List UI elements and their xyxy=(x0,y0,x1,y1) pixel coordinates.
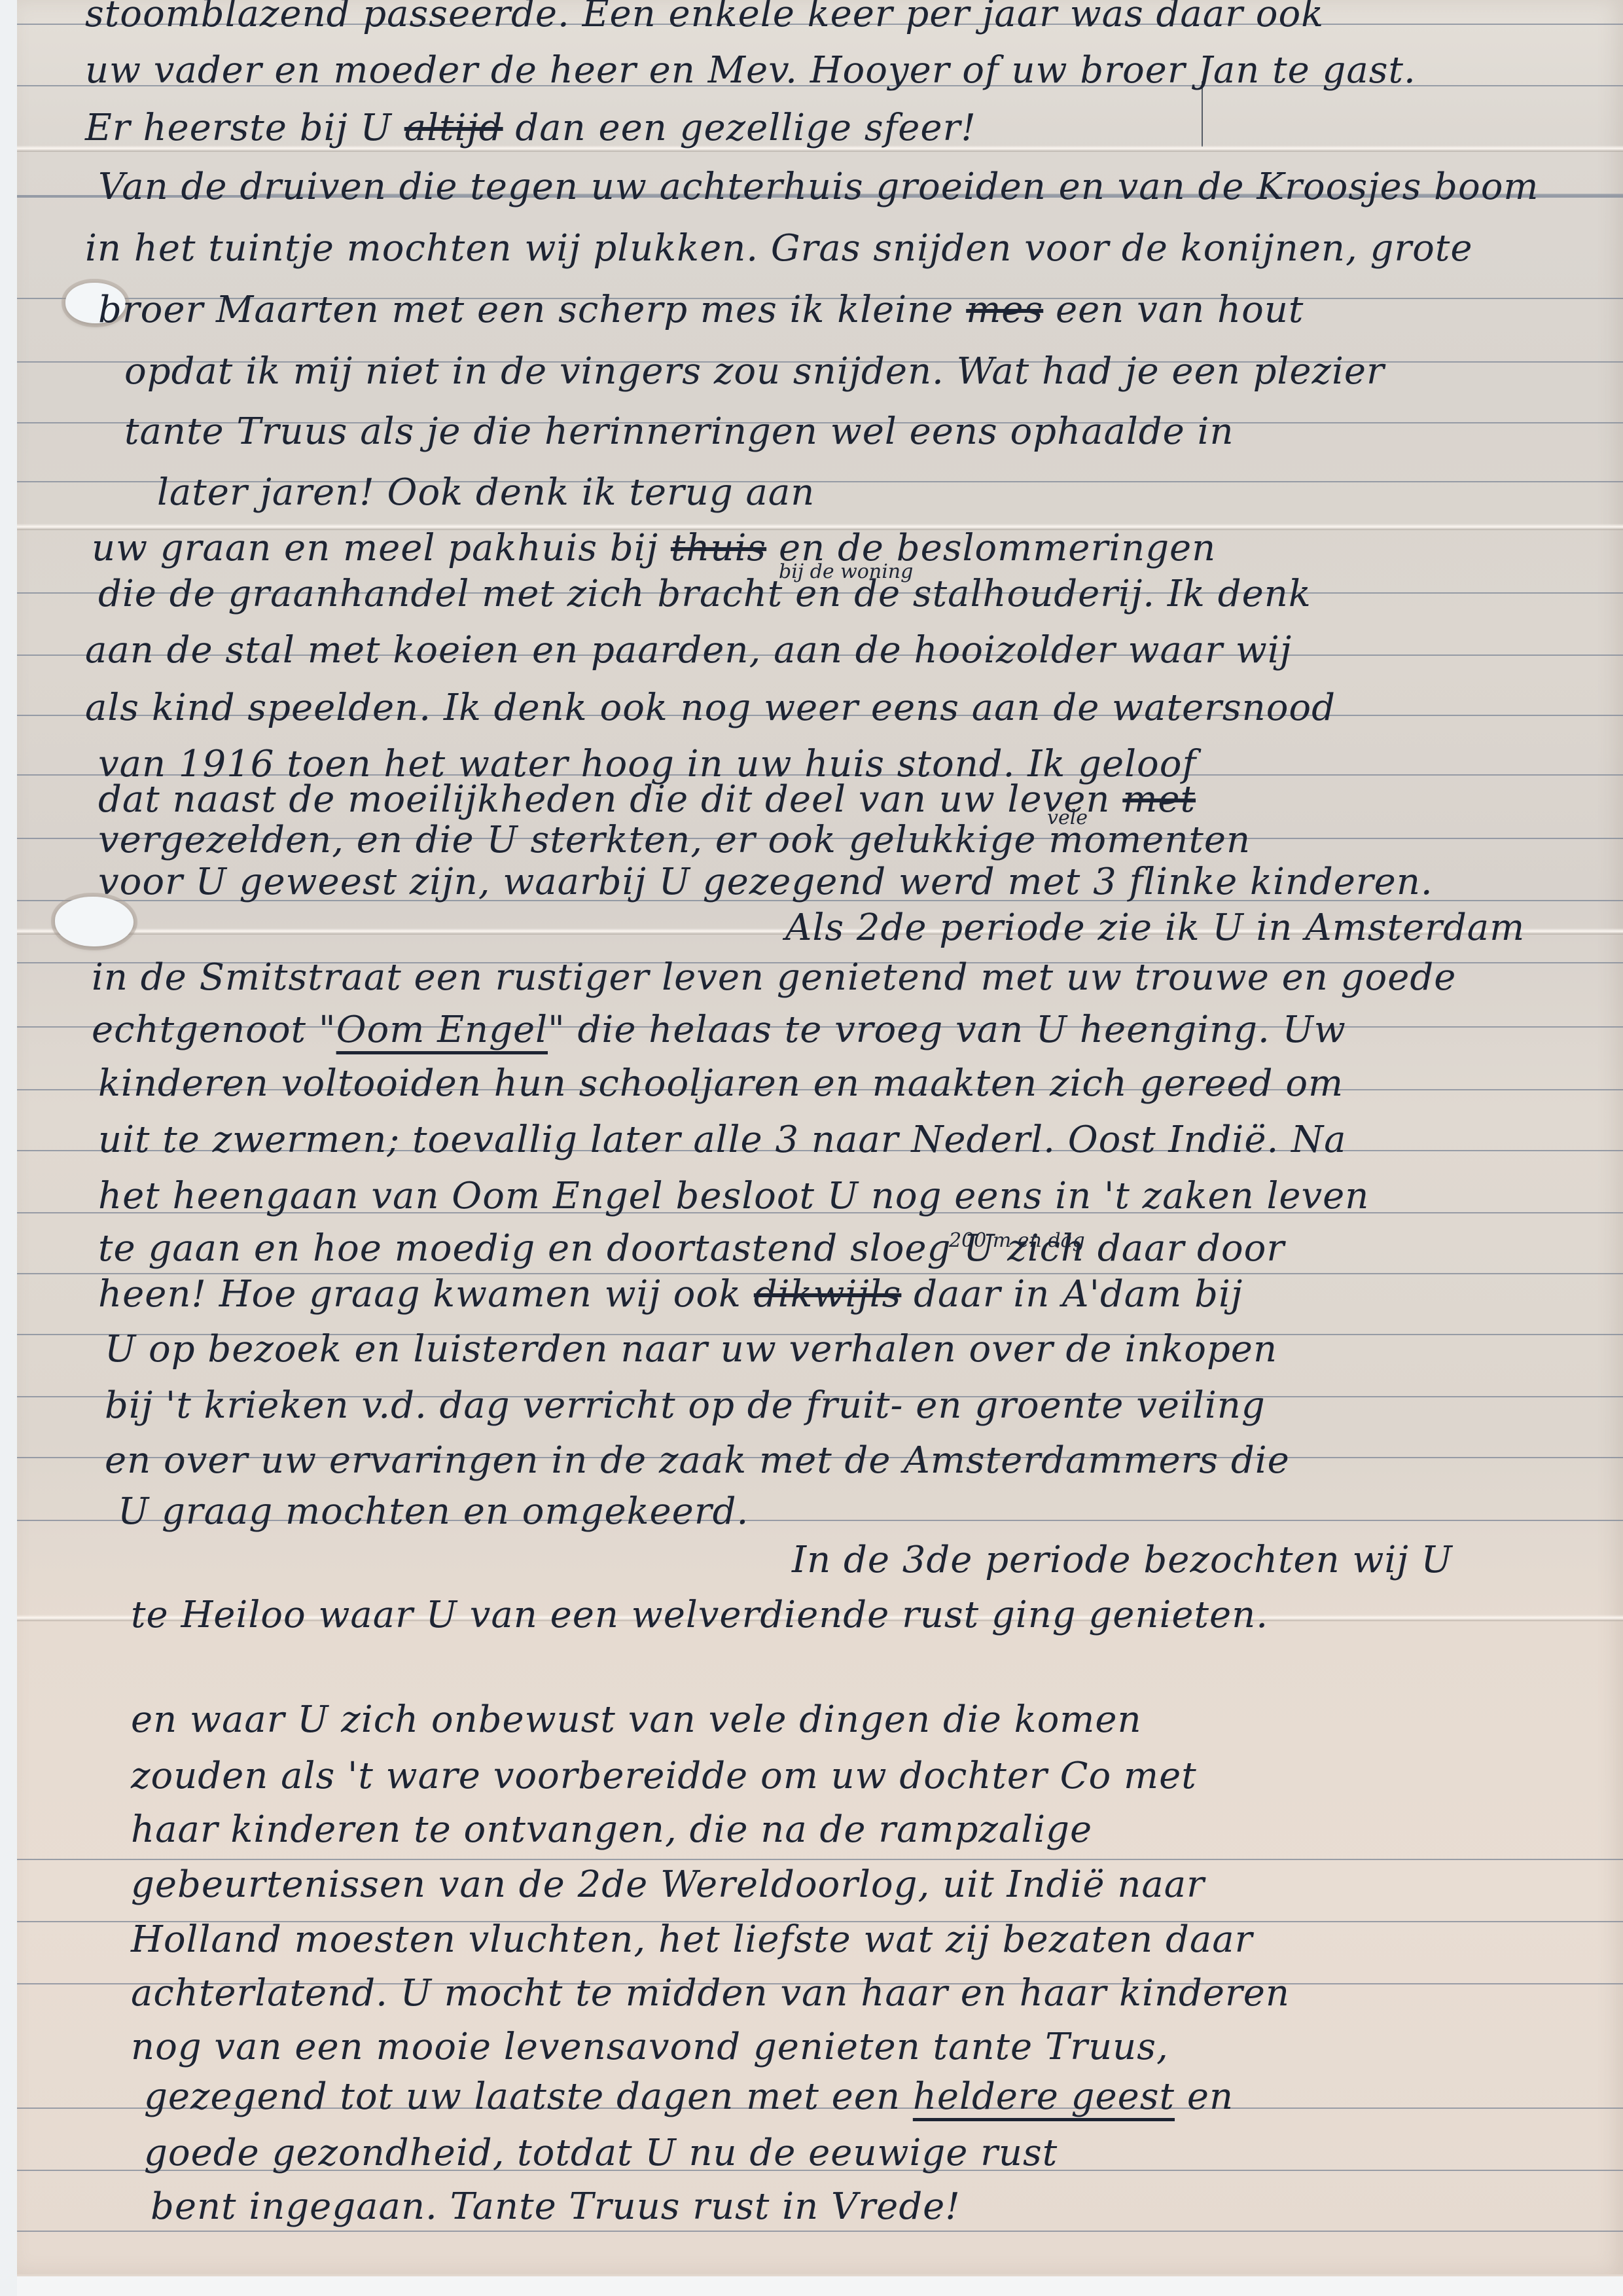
letter-line: heen! Hoe graag kwamen wij ook dikwijls … xyxy=(98,1276,1243,1313)
letter-text: daar in A'dam bij xyxy=(914,1273,1243,1316)
letter-line: gezegend tot uw laatste dagen met een he… xyxy=(144,2079,1234,2115)
letter-line: kinderen voltooiden hun schooljaren en m… xyxy=(98,1066,1344,1102)
letter-line: zouden als 't ware voorbereidde om uw do… xyxy=(131,1758,1197,1795)
inserted-text: 200 m en dag xyxy=(949,1229,1085,1252)
letter-text: dan een gezellige sfeer! xyxy=(515,107,976,149)
letter-line: en waar U zich onbewust van vele dingen … xyxy=(131,1702,1142,1738)
letter-line: te Heiloo waar U van een welverdiende ru… xyxy=(131,1597,1268,1634)
letter-line: Als 2de periode zie ik U in Amsterdam xyxy=(785,910,1525,946)
letter-line: aan de stal met koeien en paarden, aan d… xyxy=(85,632,1292,669)
letter-text: gelukkige momenten xyxy=(849,819,1251,861)
struck-word: met xyxy=(1122,778,1196,821)
struck-word: dikwijls xyxy=(754,1273,902,1316)
letter-text: heen! Hoe graag kwamen wij ook xyxy=(98,1273,741,1316)
letter-line: achterlatend. U mocht te midden van haar… xyxy=(131,1975,1290,2012)
underlined-phrase: heldere geest xyxy=(913,2075,1175,2118)
letter-line: Er heerste bij U altijd dan een gezellig… xyxy=(85,110,976,147)
letter-text: en xyxy=(1187,2075,1234,2118)
letter-text: uw graan en meel pakhuis bij xyxy=(92,527,658,569)
letter-line: uit te zwermen; toevallig later alle 3 n… xyxy=(98,1122,1346,1158)
letter-text: broer Maarten met een scherp mes ik klei… xyxy=(98,289,954,331)
letter-text: echtgenoot " xyxy=(92,1009,336,1051)
letter-line: in de Smitstraat een rustiger leven geni… xyxy=(92,960,1456,996)
struck-word: thuis xyxy=(671,527,766,569)
letter-line: nog van een mooie levensavond genieten t… xyxy=(131,2029,1169,2066)
letter-line: haar kinderen te ontvangen, die na de ra… xyxy=(131,1812,1092,1848)
letter-text: een van hout xyxy=(1056,289,1304,331)
ruled-line xyxy=(17,1859,1623,1860)
underlined-name: Oom Engel xyxy=(336,1009,548,1051)
struck-word: altijd xyxy=(404,107,503,149)
letter-line: en over uw ervaringen in de zaak met de … xyxy=(105,1443,1290,1479)
letter-line: die de graanhandel met zich bracht en de… xyxy=(98,576,1311,613)
torn-bottom-edge xyxy=(17,2274,1623,2296)
letter-line: broer Maarten met een scherp mes ik klei… xyxy=(98,292,1304,329)
letter-line: echtgenoot "Oom Engel" die helaas te vro… xyxy=(92,1012,1346,1049)
scanner-bed-margin xyxy=(0,0,17,2296)
struck-word: mes xyxy=(966,289,1043,331)
letter-line: gebeurtenissen van de 2de Wereldoorlog, … xyxy=(131,1867,1205,1903)
letter-text: gezegend tot uw laatste dagen met een xyxy=(144,2075,901,2118)
letter-line: goede gezondheid, totdat U nu de eeuwige… xyxy=(144,2135,1058,2172)
letter-text: dat naast de moeilijkheden die dit deel … xyxy=(98,778,1110,821)
letter-line: In de 3de periode bezochten wij U xyxy=(792,1542,1453,1579)
letter-line: vergezelden, en die U sterkten, er ook g… xyxy=(98,822,1251,859)
letter-line: tante Truus als je die herinneringen wel… xyxy=(124,414,1234,450)
ruled-line xyxy=(17,2231,1623,2232)
letter-text: " die helaas te vroeg van U heenging. Uw xyxy=(548,1009,1346,1051)
letter-line: uw graan en meel pakhuis bij thuis en de… xyxy=(92,530,1216,567)
letter-line: het heengaan van Oom Engel besloot U nog… xyxy=(98,1178,1369,1215)
letter-line: te gaan en hoe moedig en doortastend slo… xyxy=(98,1230,1285,1267)
letter-line: van 1916 toen het water hoog in uw huis … xyxy=(98,746,1196,783)
letter-line: opdat ik mij niet in de vingers zou snij… xyxy=(124,353,1385,390)
letter-text: Er heerste bij U xyxy=(85,107,392,149)
letter-line: bent ingegaan. Tante Truus rust in Vrede… xyxy=(151,2189,961,2225)
punch-hole xyxy=(55,897,134,946)
letter-line: in het tuintje mochten wij plukken. Gras… xyxy=(85,230,1473,267)
letter-line: later jaren! Ook denk ik terug aan xyxy=(157,475,815,511)
letter-text: vergezelden, en die U sterkten, er ook xyxy=(98,819,836,861)
letter-line: voor U geweest zijn, waarbij U gezegend … xyxy=(98,864,1433,901)
letter-line: Van de druiven die tegen uw achterhuis g… xyxy=(98,169,1539,206)
letter-line: als kind speelden. Ik denk ook nog weer … xyxy=(85,690,1336,726)
letter-line: bij 't krieken v.d. dag verricht op de f… xyxy=(105,1388,1266,1424)
letter-line: uw vader en moeder de heer en Mev. Hooye… xyxy=(85,52,1416,89)
letter-line: Holland moesten vluchten, het liefste wa… xyxy=(131,1922,1253,1958)
letter-line: dat naast de moeilijkheden die dit deel … xyxy=(98,781,1196,818)
letter-line: U op bezoek en luisterden naar uw verhal… xyxy=(105,1331,1277,1368)
letter-line: stoomblazend passeerde. Een enkele keer … xyxy=(85,0,1324,33)
letter-line: U graag mochten en omgekeerd. xyxy=(118,1494,749,1530)
